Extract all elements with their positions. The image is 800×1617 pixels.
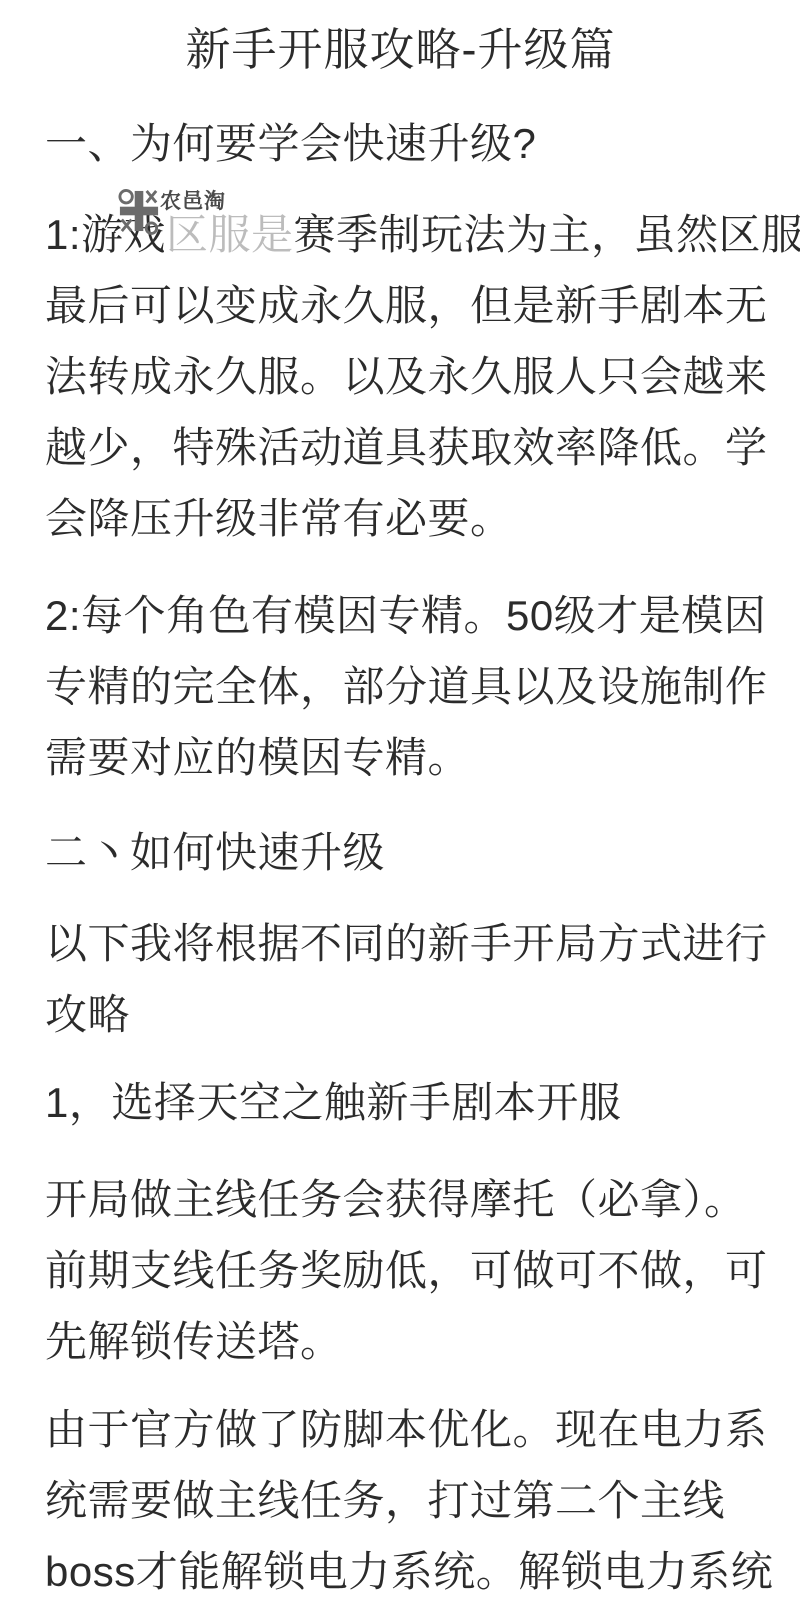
section-two-sub-heading: 1，选择天空之触新手剧本开服 xyxy=(45,1067,756,1138)
section-two-paragraph-1: 开局做主线任务会获得摩托（必拿）。 前期支线任务奖励低，可做可不做，可 先解锁传… xyxy=(45,1164,756,1377)
section-one-paragraph-1: 1:游戏区服是赛季制玩法为主，虽然区服 最后可以变成永久服，但是新手剧本无 法转… xyxy=(45,199,756,554)
article-title: 新手开服攻略-升级篇 xyxy=(45,22,756,78)
ox-grid-mi-logo-icon xyxy=(118,186,160,236)
article-page: 新手开服攻略-升级篇 农邑淘 一、为何要学会快速升级? 1:游戏区服是赛季制玩法… xyxy=(0,0,800,1607)
section-two-paragraph-2: 由于官方做了防脚本优化。现在电力系 统需要做主线任务，打过第二个主线 boss才… xyxy=(45,1394,756,1607)
paragraph-text: 赛季制玩法为主，虽然区服 最后可以变成永久服，但是新手剧本无 法转成永久服。以及… xyxy=(45,211,800,542)
section-one-paragraph-2: 2:每个角色有模因专精。50级才是模因 专精的完全体，部分道具以及设施制作 需要… xyxy=(45,580,756,793)
section-two-intro: 以下我将根据不同的新手开局方式进行 攻略 xyxy=(45,908,756,1050)
section-two-heading: 二丶如何快速升级 xyxy=(45,817,756,888)
watermark-label: 农邑淘 xyxy=(160,190,226,214)
watermark: 农邑淘 xyxy=(118,186,226,236)
section-one-heading: 一、为何要学会快速升级? xyxy=(45,108,756,179)
